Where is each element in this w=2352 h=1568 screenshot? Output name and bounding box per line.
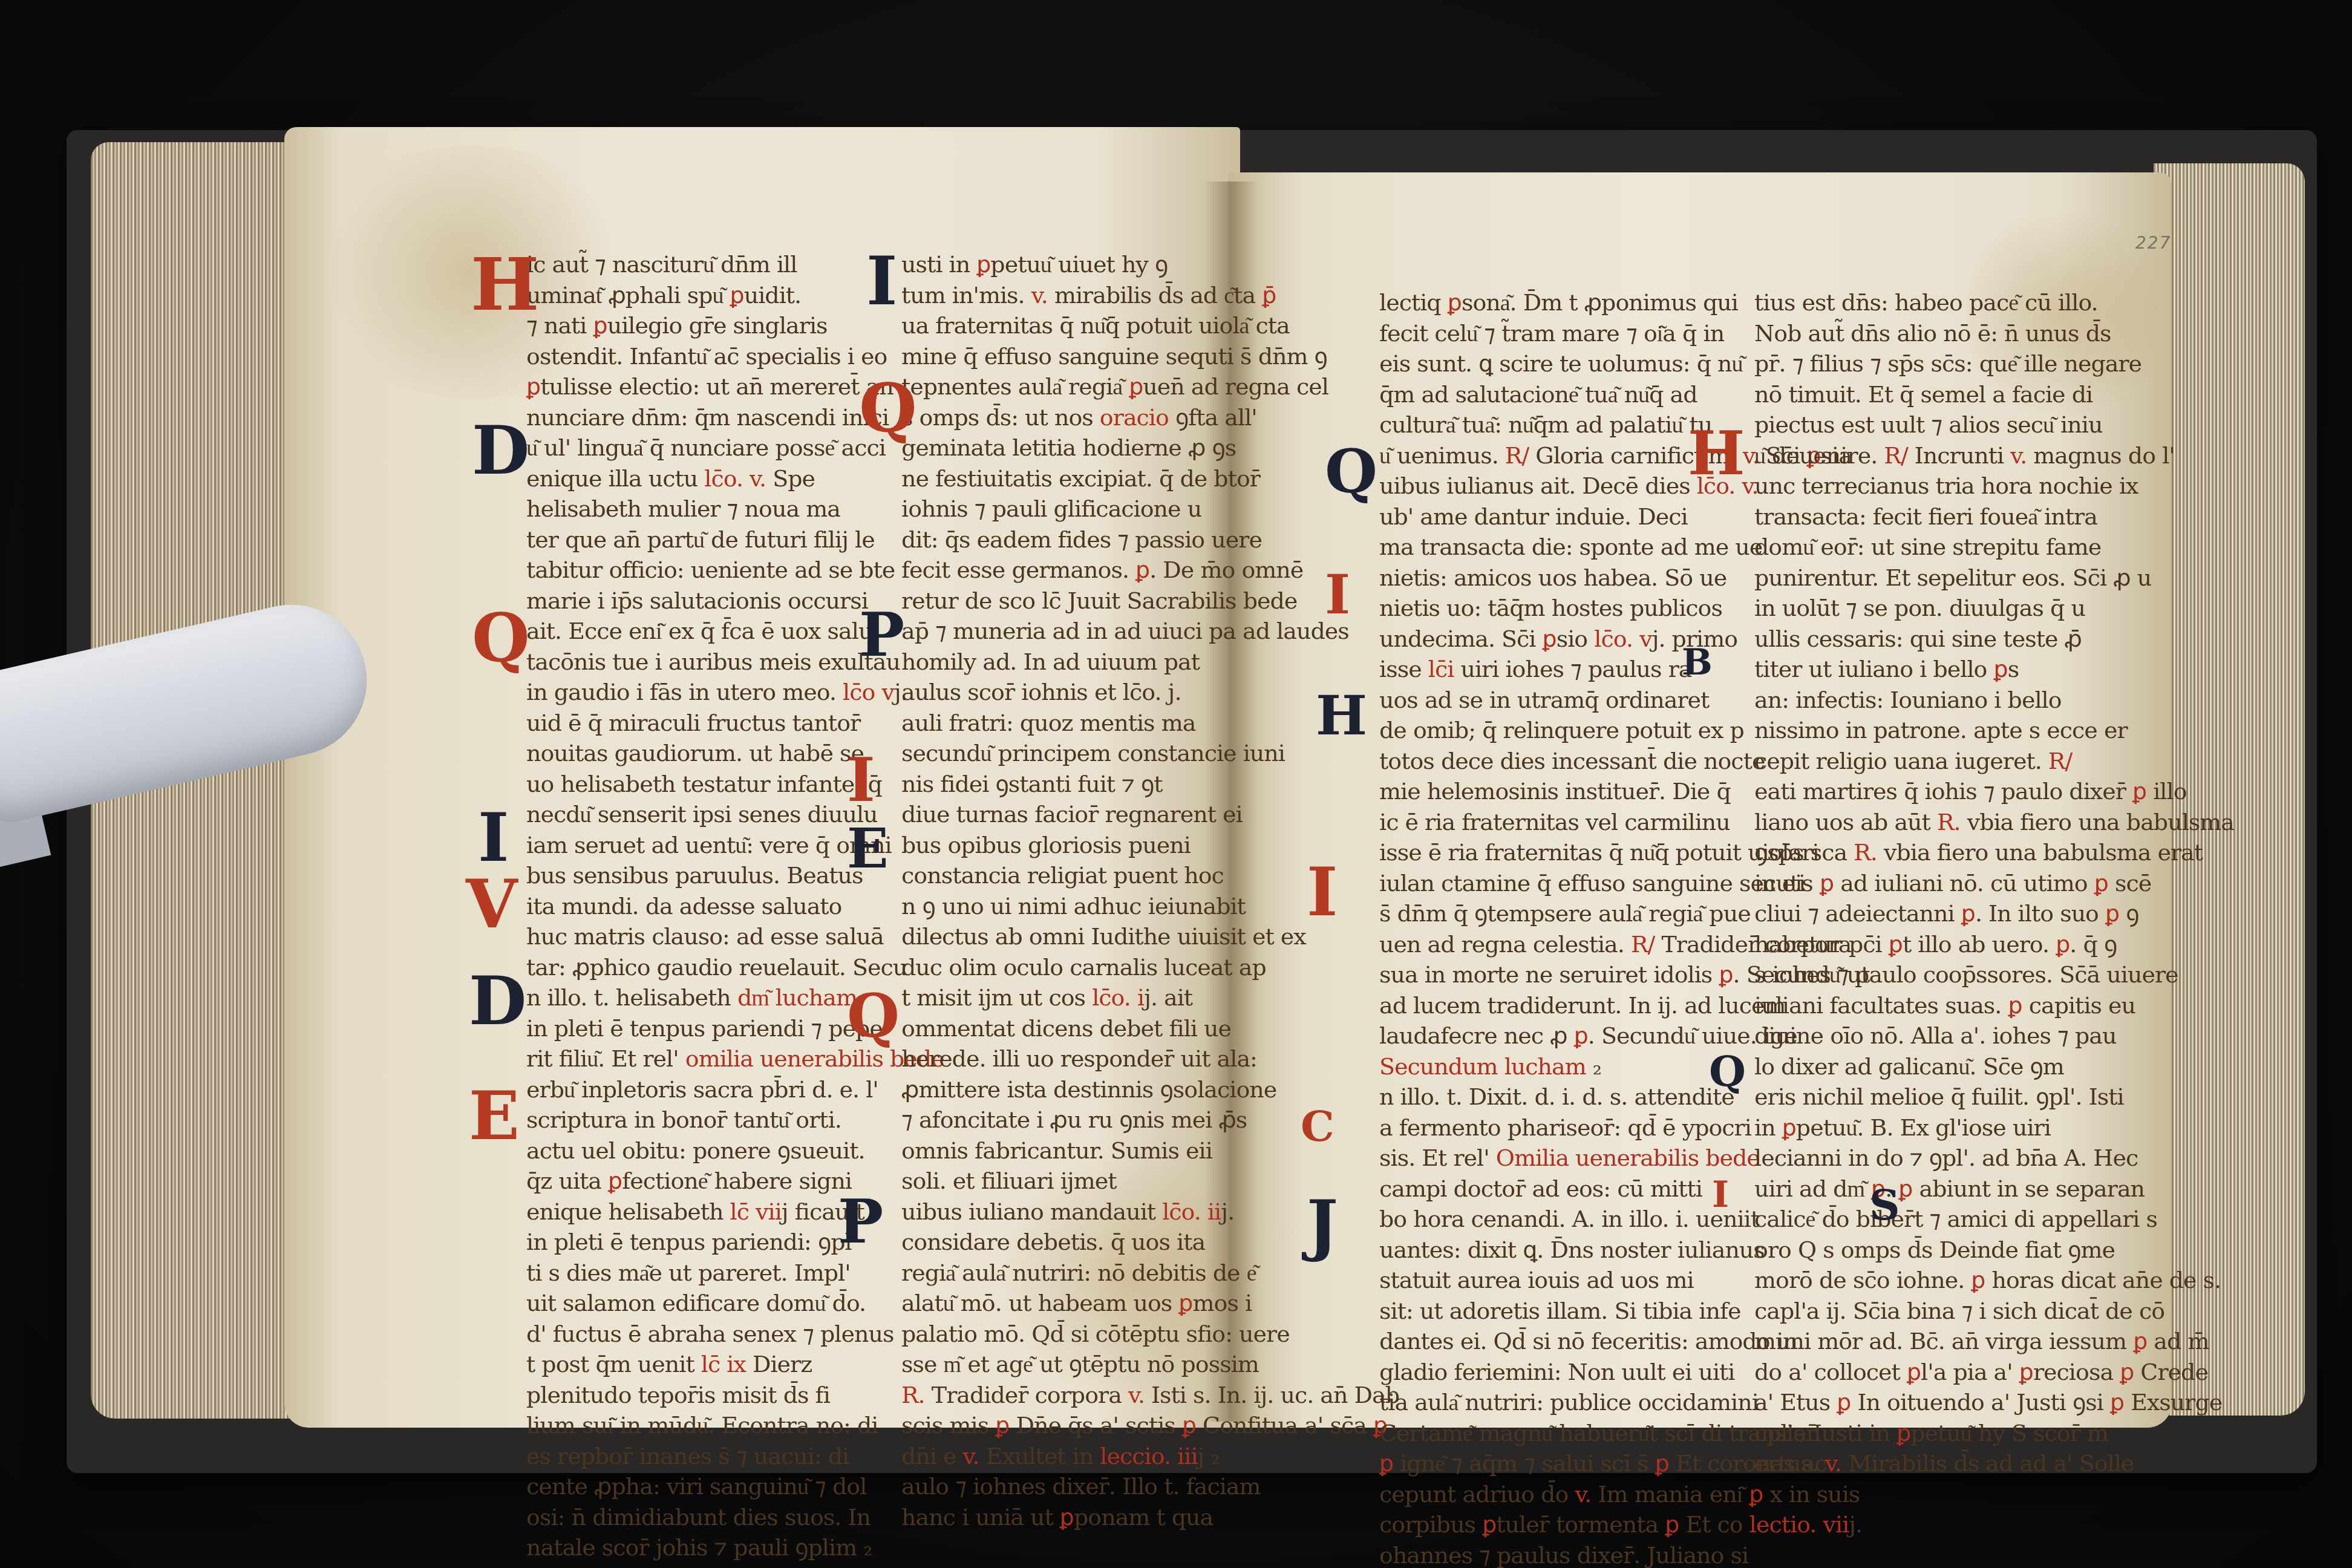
manuscript-line: pr̄. ⁊ filius ⁊ sp̄s sc̄s: que͂ ille neg… — [1712, 348, 2234, 379]
manuscript-line: scis mis ꝑ Dn̄e q̄s a' sctis ꝑ Confitua … — [859, 1410, 1399, 1441]
manuscript-line: duc olim oculo carnalis luceat ap — [859, 952, 1399, 983]
manuscript-line: dn̄i e v. Exultet in leccio. iiij ₂ — [859, 1441, 1399, 1472]
initial-d-blue: D — [469, 962, 526, 1040]
manuscript-line: a' Etus ꝑ In oituendo a' Justi ꝯsi ꝑ Exs… — [1712, 1387, 2234, 1418]
folio-number: 227 — [2135, 233, 2171, 253]
manuscript-line: iohnis ⁊ pauli glificacione u — [859, 494, 1399, 524]
manuscript-line: diuine oīo nō. Alla a'. iohes ⁊ pau — [1712, 1021, 2234, 1051]
initial-h-blue: H — [1316, 684, 1367, 748]
manuscript-line: ua fraternitas q̄ nu͂q̄ potuit uiola͂ ct… — [859, 310, 1399, 341]
manuscript-line: cepunt adriuo d̄o v. Im mania eni͂ ꝑ x i… — [1337, 1479, 1870, 1510]
manuscript-line: u͂ deuenire. R/ Incrunti v. magnus do l' — [1712, 440, 2234, 471]
initial-q-red: Q — [847, 980, 900, 1051]
manuscript-line: ertus. v. Mirabilis d̄s ad ad a' Solle — [1712, 1448, 2234, 1479]
initial-q-red: Q — [472, 599, 530, 677]
manuscript-line: retur de sco lc̄ Juuit Sacrabilis bede — [859, 586, 1399, 616]
manuscript-line: in eis ꝑ ad iuliani nō. cū utimo ꝑ scē — [1712, 868, 2234, 899]
manuscript-line: titer ut iuliano i bello ꝑs — [1712, 654, 2234, 685]
manuscript-line: ohannes ⁊ paulus dixer̄. Juliano si — [1337, 1540, 1870, 1568]
manuscript-line: aulo ⁊ iohnes dixer̄. Illo t. faciam — [859, 1471, 1399, 1502]
initial-i-red: I — [1307, 853, 1338, 931]
manuscript-line: uiri ad dm͂ ꝑ. ꝑ abiunt in se separan — [1712, 1174, 2234, 1204]
initial-q-blue: Q — [1325, 436, 1377, 507]
initial-s-blue: S — [1869, 1180, 1900, 1230]
initial-i-blue: I — [866, 242, 897, 320]
manuscript-line: tius est dn̄s: habeo pace͂ cū illo. — [1712, 287, 2234, 318]
manuscript-line: an: infectis: Iouniano i bello — [1712, 685, 2234, 716]
manuscript-line: iuliani facultates suas. ꝑ capitis eu — [1712, 990, 2234, 1021]
manuscript-line: t misit ijm ut cos lc̄o. ij. ait — [859, 982, 1399, 1013]
initial-p-blue: P — [859, 599, 904, 670]
manuscript-line: nis fidei ꝯstanti fuit ⁊ ꝯt — [859, 769, 1399, 800]
manuscript-line: cepit religio uana iugeret. R/ — [1712, 746, 2234, 777]
manuscript-line: fecit esse germanos. ꝑ. De m̄o omnē — [859, 555, 1399, 586]
manuscript-line: calice͂ d̄o biber̄t ⁊ amici di appellari… — [1712, 1204, 2234, 1235]
manuscript-line: ap̄ ⁊ muneria ad in ad uiuci pa ad laude… — [859, 616, 1399, 647]
initial-h-red: H — [471, 242, 539, 327]
initial-e-red: E — [469, 1077, 520, 1155]
manuscript-line: muni mōr ad. Bc̄. an̄ virga iessum ꝑ ad … — [1712, 1326, 2234, 1357]
initial-e-blue: E — [847, 817, 889, 881]
manuscript-line: capl'a ij. Sc̄ia bina ⁊ i sich dicat̄ de… — [1712, 1296, 2234, 1327]
manuscript-line: morō de sc̄o iohne. ꝑ horas dicat an̄e d… — [1712, 1265, 2234, 1296]
manuscript-line: ommentat dicens debet fili ue — [859, 1013, 1399, 1044]
manuscript-line: eris nichil melioe q̄ fuilit. ꝯpl'. Isti — [1712, 1082, 2234, 1112]
manuscript-line: cliui ⁊ adeiectanni ꝑ. In ilto suo ꝑ ꝯ — [1712, 898, 2234, 929]
manuscript-line: usti in ꝑpetuu͂ uiuet hy ꝯ — [859, 249, 1399, 280]
manuscript-line: eati martires q̄ iohis ⁊ paulo dixer̄ ꝑ … — [1712, 776, 2234, 807]
manuscript-line: s iohes ⁊ paulo coop̄ssores. Sc̄ā uiuere — [1712, 959, 2234, 990]
manuscript-line: ullis cessaris: qui sine teste ꝓ̄ — [1712, 624, 2234, 655]
manuscript-line: hanc i uniā ut ꝑponam t qua — [859, 1502, 1399, 1533]
initial-q-red: Q — [859, 369, 917, 447]
manuscript-line: lecianni in do ⁊ ꝯpl'. ad bn̄a A. Hec — [1712, 1143, 2234, 1174]
initial-d-blue: D — [472, 411, 529, 489]
manuscript-line: oro Q s omps d̄s Deinde fiat ꝯme — [1712, 1235, 2234, 1266]
initial-p-blue: P — [838, 1186, 883, 1257]
initial-q-blue: Q — [1709, 1047, 1746, 1097]
manuscript-line: dit: q̄s eadem fides ⁊ passio uere — [859, 524, 1399, 555]
initial-i-red: I — [1325, 563, 1350, 627]
manuscript-line: unc terrecianus tria hora nochie ix — [1712, 471, 2234, 501]
manuscript-line: piectus est uult ⁊ alios secu͂ iniu — [1712, 410, 2234, 440]
initial-i-red: I — [1712, 1174, 1729, 1216]
manuscript-line: lo dixer ad galicanu͂. Sc̄e ꝯm — [1712, 1051, 2234, 1082]
manuscript-line: sse m͂ et age͂ ut ꝯtēptu nō possim — [859, 1349, 1399, 1380]
manuscript-line: punirentur. Et sepelitur eos. Sc̄i ꝓ u — [1712, 563, 2234, 593]
initial-i-red: I — [847, 744, 875, 815]
manuscript-line: palatio mō. Qd̄ si cōtēptu sfio: uere — [859, 1319, 1399, 1350]
manuscript-line: Nob aut̃ dn̄s alio nō ē: n̄ unus d̄s — [1712, 318, 2234, 349]
manuscript-line: nō timuit. Et q̄ semel a facie di — [1712, 379, 2234, 410]
initial-c-red: C — [1301, 1101, 1334, 1151]
right-page-column-b: tius est dn̄s: habeo pace͂ cū illo.Nob a… — [1712, 287, 2234, 1479]
manuscript-line: corpibus ꝑtuler̄ tormenta ꝑ Et co lectio… — [1337, 1509, 1870, 1540]
manuscript-line: herede. illi uo responder̄ uit ala: — [859, 1044, 1399, 1074]
manuscript-line: ꝯsp̄s sca R. vbia fiero una babulsma era… — [1712, 837, 2234, 868]
manuscript-line: ne festiuitatis excipiat. q̄ de btor̄ — [859, 463, 1399, 494]
manuscript-line: tepnentes aula͂ regia͂ ꝑuen̄ ad regna ce… — [859, 371, 1399, 402]
manuscript-line: tum in'mis. v. mirabilis d̄s ad c͂ta ꝑ̄ — [859, 280, 1399, 311]
manuscript-line: diue turnas facior̄ regnarent ei — [859, 799, 1399, 830]
manuscript-line: in uolūt ⁊ se pon. diuulgas q̄ u — [1712, 593, 2234, 624]
manuscript-line: habetur pc̄i ꝑt illo ab uero. ꝑ. q̄ ꝯ — [1712, 929, 2234, 960]
manuscript-line: in ꝑpetuu͂. B. Ex gl'iose uiri — [1712, 1112, 2234, 1143]
manuscript-line: alatu͂ mō. ut habeam uos ꝑmos i — [859, 1288, 1399, 1319]
manuscript-line: geminata letitia hodierne ꝓ ꝯs — [859, 433, 1399, 463]
manuscript-line: cpl'a Iusti in ꝑpetuu͂ hy S scor̄ m — [1712, 1418, 2234, 1449]
initial-v-red: V — [466, 865, 517, 943]
manuscript-line: natale scor̄ johis ⁊ pauli ꝯplim ₂ — [484, 1532, 944, 1563]
manuscript-line: s omps d̄s: ut nos oracio ꝯfta all' — [859, 402, 1399, 433]
manuscript-line: mine q̄ effuso sanguine sequti s̄ dn̄m ꝯ — [859, 341, 1399, 372]
initial-j-blue: J — [1307, 1186, 1338, 1264]
manuscript-line: do a' collocet ꝑl'a pia a' ꝑreciosa ꝑ Cr… — [1712, 1357, 2234, 1388]
manuscript-line: homily ad. In ad uiuum pat — [859, 647, 1399, 678]
initial-b-blue: B — [1682, 641, 1713, 684]
manuscript-line: nissimo in patrone. apte s ecce er — [1712, 715, 2234, 746]
manuscript-line: ꝓmittere ista destinnis ꝯsolacione — [859, 1074, 1399, 1105]
manuscript-line: R. Tradider̄ corpora v. Isti s. In. ij. … — [859, 1380, 1399, 1411]
manuscript-line: transacta: fecit fieri fouea͂ intra — [1712, 501, 2234, 532]
manuscript-line: domu͂ eor̄: ut sine strepitu fame — [1712, 532, 2234, 563]
initial-h-red: H — [1688, 417, 1745, 489]
manuscript-line: liano uos ab aūt R. vbia fiero una babul… — [1712, 807, 2234, 838]
